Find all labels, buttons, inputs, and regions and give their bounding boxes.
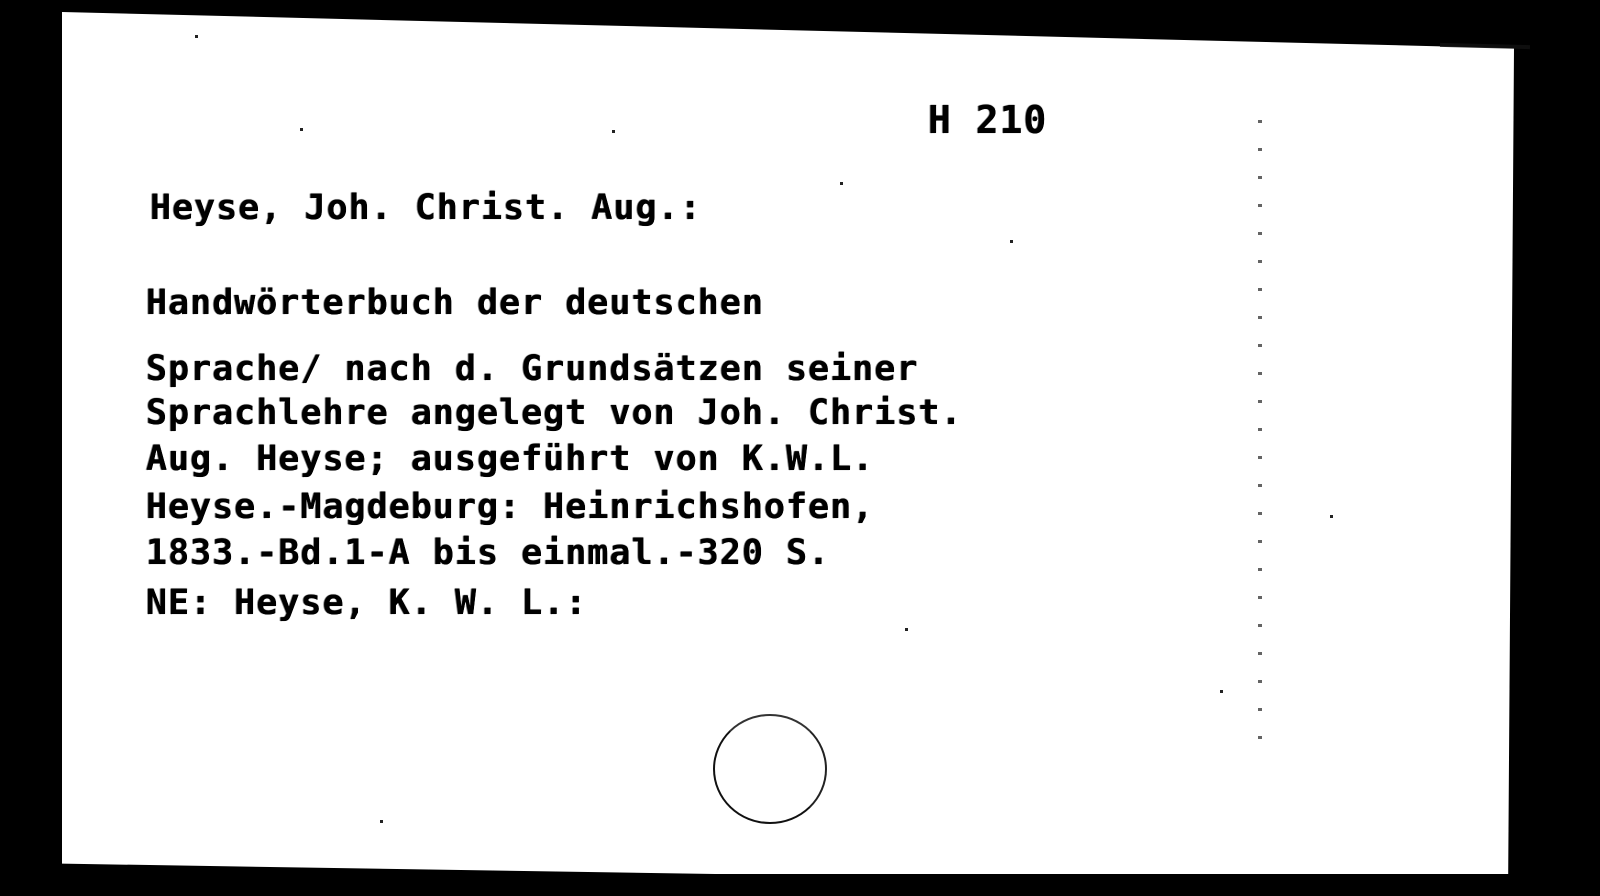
scan-speck xyxy=(612,130,615,133)
scan-speck xyxy=(300,128,303,131)
call-number: H 210 xyxy=(928,98,1047,142)
scan-noise-edge xyxy=(1258,120,1262,740)
scan-speck xyxy=(1010,240,1013,243)
title-line-3: Sprachlehre angelegt von Joh. Christ. xyxy=(146,393,963,433)
scan-speck xyxy=(195,35,198,38)
added-entry-line: NE: Heyse, K. W. L.: xyxy=(146,583,587,623)
scan-speck xyxy=(840,182,843,185)
scan-speck xyxy=(1220,690,1223,693)
title-line-2: Sprache/ nach d. Grundsätzen seiner xyxy=(146,349,919,389)
scanned-image: H 210 Heyse, Joh. Christ. Aug.: Handwört… xyxy=(0,0,1600,896)
title-line-1: Handwörterbuch der deutschen xyxy=(146,283,764,323)
author-heading: Heyse, Joh. Christ. Aug.: xyxy=(150,188,702,228)
extent-line: 1833.-Bd.1-A bis einmal.-320 S. xyxy=(146,533,830,573)
statement-of-responsibility: Aug. Heyse; ausgeführt von K.W.L. xyxy=(146,439,874,479)
scan-speck xyxy=(905,628,908,631)
scan-speck xyxy=(380,820,383,823)
publication-line: Heyse.-Magdeburg: Heinrichshofen, xyxy=(146,487,874,527)
scan-speck xyxy=(1330,515,1333,518)
punch-hole-icon xyxy=(713,714,827,824)
